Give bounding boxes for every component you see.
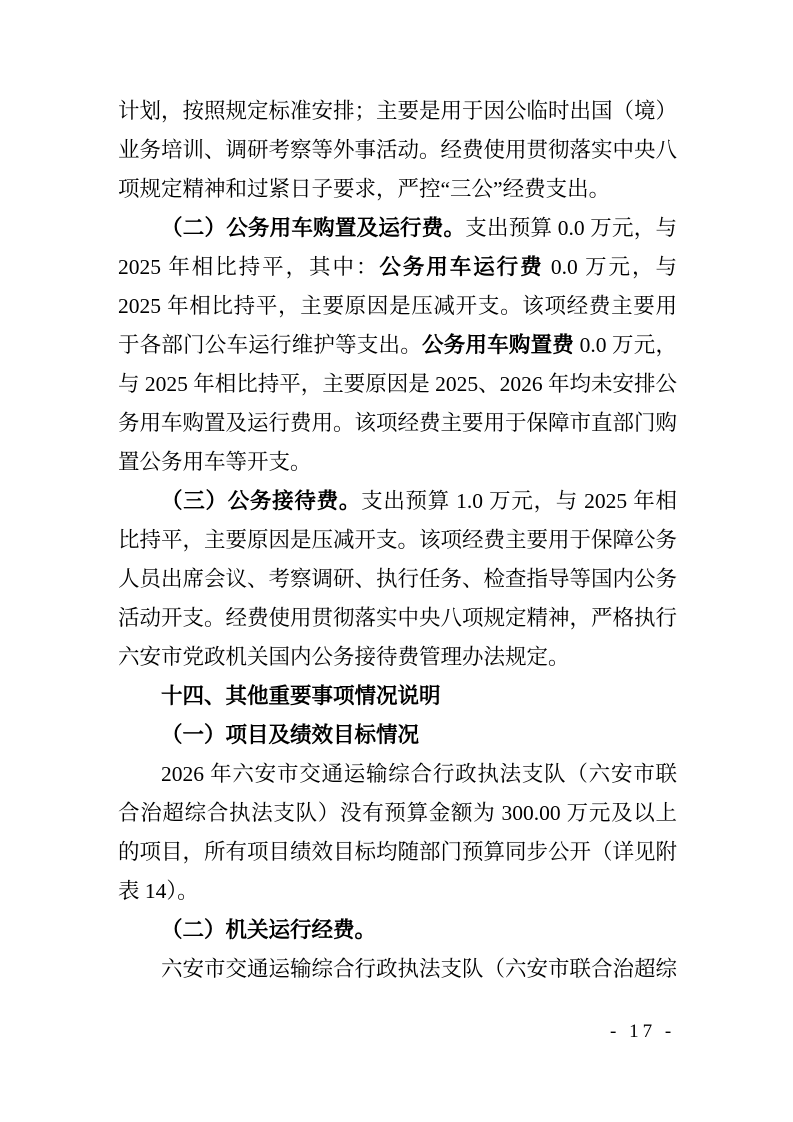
bold-run-vehicle-operation: 公务用车运行费 xyxy=(379,255,543,279)
paragraph-official-reception-fees: （三）公务接待费。支出预算 1.0 万元，与 2025 年相比持平，主要原因是压… xyxy=(118,482,677,677)
heading-operating-funds: （二）机关运行经费。 xyxy=(118,911,677,950)
page-number: - 17 - xyxy=(610,1021,675,1043)
bold-run-vehicle-purchase: 公务用车购置费 xyxy=(422,333,574,357)
heading-section-14: 十四、其他重要事项情况说明 xyxy=(118,677,677,716)
document-body: 计划，按照规定标准安排；主要是用于因公临时出国（境）业务培训、调研考察等外事活动… xyxy=(118,92,677,989)
heading-project-performance: （一）项目及绩效目标情况 xyxy=(118,716,677,755)
document-page: 计划，按照规定标准安排；主要是用于因公临时出国（境）业务培训、调研考察等外事活动… xyxy=(0,0,793,1122)
paragraph-official-vehicle-fees: （二）公务用车购置及运行费。支出预算 0.0 万元，与 2025 年相比持平，其… xyxy=(118,209,677,482)
bold-run-reception-heading: （三）公务接待费。 xyxy=(161,489,361,513)
paragraph-project-performance: 2026 年六安市交通运输综合行政执法支队（六安市联合治超综合执法支队）没有预算… xyxy=(118,755,677,911)
paragraph-operating-funds: 六安市交通运输综合行政执法支队（六安市联合治超综 xyxy=(118,950,677,989)
bold-run-vehicle-heading: （二）公务用车购置及运行费。 xyxy=(161,216,465,240)
text-run: 支出预算 1.0 万元，与 2025 年相比持平，主要原因是压减开支。该项经费主… xyxy=(118,489,677,669)
paragraph-foreign-affairs-continued: 计划，按照规定标准安排；主要是用于因公临时出国（境）业务培训、调研考察等外事活动… xyxy=(118,92,677,209)
